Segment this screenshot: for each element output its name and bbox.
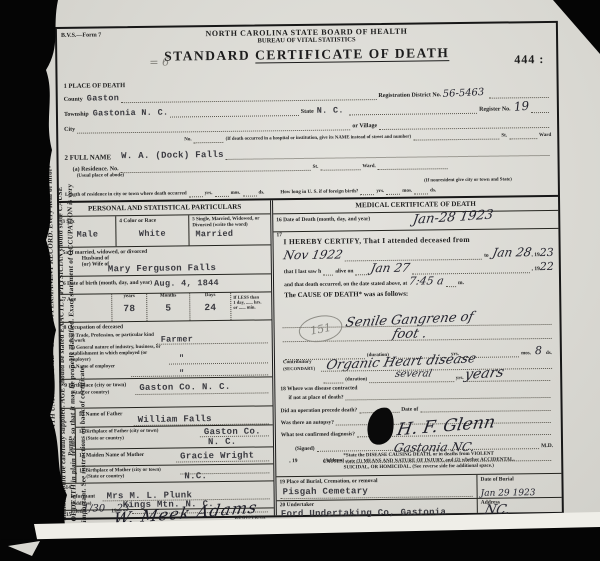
sex-label: 3 Sex: [59, 216, 115, 225]
duration-value: 8: [535, 344, 542, 357]
age-years-value: 78: [123, 303, 135, 314]
dotted-leader: [509, 136, 537, 139]
filed-date-value: 1/30: [83, 503, 106, 514]
marital-value: Married: [195, 229, 270, 240]
county-value: Gaston: [87, 93, 120, 103]
district-label: Registration District No.: [378, 92, 441, 100]
operation-question: Did an operation precede death?: [281, 407, 358, 414]
saw-year-value: 22: [540, 260, 554, 273]
dotted-leader: [360, 192, 374, 195]
register-no-label: Register No.: [479, 107, 511, 114]
sex-value: Male: [59, 229, 115, 240]
contrib-duration-label: (duration): [345, 377, 367, 383]
dotted-leader: [323, 272, 333, 275]
residence-ward-label: Ward.: [362, 164, 376, 170]
yrs-label: yrs.: [205, 191, 213, 197]
dotted-leader: [320, 167, 360, 170]
medical-column: MEDICAL CERTIFICATE OF DEATH 16 Date of …: [270, 197, 562, 515]
dotted-leader: [242, 193, 256, 196]
scanned-death-certificate: N. B.—WRITE PLAINLY, WITH UNFADING INK.—…: [0, 0, 600, 561]
state-value: N. C.: [317, 105, 344, 115]
ward-label: Ward: [539, 133, 551, 139]
age-days-value: 24: [204, 302, 216, 313]
signed-label: (Signed): [295, 446, 315, 453]
dob-label: 6 Date of birth (month, day, and year): [60, 280, 152, 293]
personal-column-header: PERSONAL AND STATISTICAL PARTICULARS: [88, 203, 241, 213]
to-label: to: [484, 253, 489, 259]
date-of-death-label: 16 Date of Death (month, day, and year): [276, 216, 370, 223]
mos-label: mos.: [231, 190, 241, 196]
filed-label: Filed: [71, 508, 83, 514]
ds-label: ds.: [258, 190, 264, 196]
dotted-leader: [386, 191, 400, 194]
scan-tilt-wrapper: N. B.—WRITE PLAINLY, WITH UNFADING INK.—…: [0, 0, 600, 561]
dotted-leader: [413, 137, 499, 141]
occupation-a-label: (a) Trade, Profession, or particular kin…: [61, 330, 159, 345]
months-label: Months: [160, 293, 176, 299]
years-label: years: [123, 294, 134, 300]
full-name-value: W. A. (Dock) Falls: [121, 150, 224, 161]
contrib-duration-years: years: [463, 365, 505, 384]
place-of-death-label: 1 PLACE OF DEATH: [64, 82, 126, 90]
dotted-leader: [215, 193, 229, 196]
time-of-death-value: 7:45 a: [408, 274, 445, 287]
medical-column-header: MEDICAL CERTIFICATE OF DEATH: [355, 200, 475, 210]
race-value: White: [116, 229, 188, 240]
ds-label: ds.: [430, 188, 436, 194]
death-occurred-label: and that death occurred, on the date sta…: [284, 281, 407, 289]
dotted-leader: [355, 272, 369, 275]
last-saw-label: that I last saw h: [284, 269, 321, 276]
item-17: 17: [276, 232, 282, 238]
dotted-leader: [446, 284, 456, 287]
secondary-label: (SECONDARY): [283, 366, 315, 372]
undertaker-value: Ford Undertaking Co, Gastonia: [281, 507, 446, 519]
personal-column: PERSONAL AND STATISTICAL PARTICULARS 3 S…: [59, 200, 274, 518]
q18-label2: if not at place of death?: [288, 394, 343, 401]
saw-year-printed: , 19: [532, 266, 540, 272]
m-label: m.: [458, 280, 464, 286]
certificate-title: STANDARD: [164, 47, 255, 63]
burial-date-label: Date of Burial: [477, 474, 561, 483]
dotted-leader: [531, 110, 549, 113]
parents-bracket: Parents: [62, 409, 77, 483]
attended-to-value: Jan 28: [491, 245, 533, 260]
occupation-b-label: (b) General nature of industry, business…: [61, 344, 169, 364]
dotted-leader: [414, 191, 428, 194]
autopsy-question: Was there an autopsy?: [281, 420, 334, 427]
cause-of-death-heading: The CAUSE OF DEATH* was as follows:: [284, 288, 554, 299]
undertaker-address-label: Address: [478, 498, 562, 506]
less-than-label3: or ...... min.: [233, 304, 271, 310]
length-of-residence-label: Length of residence in city or town wher…: [65, 191, 187, 198]
street-label: St.: [501, 134, 507, 140]
dob-value: Aug. 4, 1844: [154, 277, 219, 288]
certificate-number: 444 :: [514, 53, 544, 67]
duration-ds-label: ds.: [546, 351, 552, 357]
village-label: or Village: [352, 123, 377, 130]
parents-label: Parents: [68, 416, 75, 476]
mos-label: mos.: [402, 188, 412, 194]
certificate-title-underlined: CERTIFICATE OF DEATH: [255, 45, 449, 63]
dotted-leader: [156, 342, 268, 345]
last-saw-value: Jan 27: [370, 260, 412, 275]
marital-label: 5 Single, Married, Widowed, or Divorced …: [189, 214, 270, 228]
registrar-label: REGISTRAR: [235, 514, 266, 520]
occupation-label: 8 Occupation of deceased: [61, 321, 272, 332]
foreign-birth-label: How long in U. S. if of foreign birth?: [280, 189, 358, 196]
street-no-label: No.: [184, 138, 191, 144]
residence-st-label: St.: [313, 165, 319, 171]
md-label: M.D.: [541, 443, 553, 449]
pencil-mark: = 6: [149, 56, 169, 69]
alive-on-label: alive on: [335, 269, 353, 276]
to-year-printed: , 19: [531, 252, 539, 258]
hospital-note: (If death occurred in a hospital or inst…: [226, 135, 412, 143]
register-no-value: 19: [513, 99, 529, 114]
dotted-leader: [189, 194, 203, 197]
dotted-leader: [323, 380, 343, 383]
attended-from-value: Nov 1922: [282, 247, 344, 262]
yrs-label: yrs.: [376, 189, 384, 195]
township-label: Township: [64, 112, 89, 119]
spouse-value: Mary Ferguson Falls: [108, 263, 216, 274]
age-label: 7 Age: [60, 294, 111, 322]
city-label: City: [64, 127, 75, 134]
to-year-value: 23: [540, 246, 554, 259]
duration-mos-label: mos.: [521, 351, 531, 357]
state-label: State: [301, 109, 314, 116]
county-label: County: [64, 97, 83, 104]
days-label: Days: [205, 293, 216, 299]
township-value: Gastonia N. C.: [93, 108, 169, 119]
informant-label: Informant: [71, 493, 96, 500]
burial-place-label: 19 Place of Burial, Cremation, or remova…: [276, 475, 476, 486]
date-of-label: Date of: [401, 407, 418, 414]
dotted-leader: [194, 140, 224, 143]
father-birthplace-value2: N. C.: [208, 437, 237, 447]
certificate-form: B.V.S.—Form 7 NORTH CAROLINA STATE BOARD…: [55, 21, 564, 520]
contrib-duration-word: several: [394, 368, 433, 379]
dotted-leader: [369, 379, 454, 383]
race-label: 4 Color or Race: [116, 215, 188, 224]
diagnosis-question: What test confirmed diagnosis?: [281, 431, 355, 438]
age-months-value: 5: [165, 303, 171, 314]
district-value: 56-5463: [443, 87, 485, 100]
cause-code-value: 151: [309, 320, 332, 337]
full-name-label: 2 FULL NAME: [64, 153, 111, 162]
